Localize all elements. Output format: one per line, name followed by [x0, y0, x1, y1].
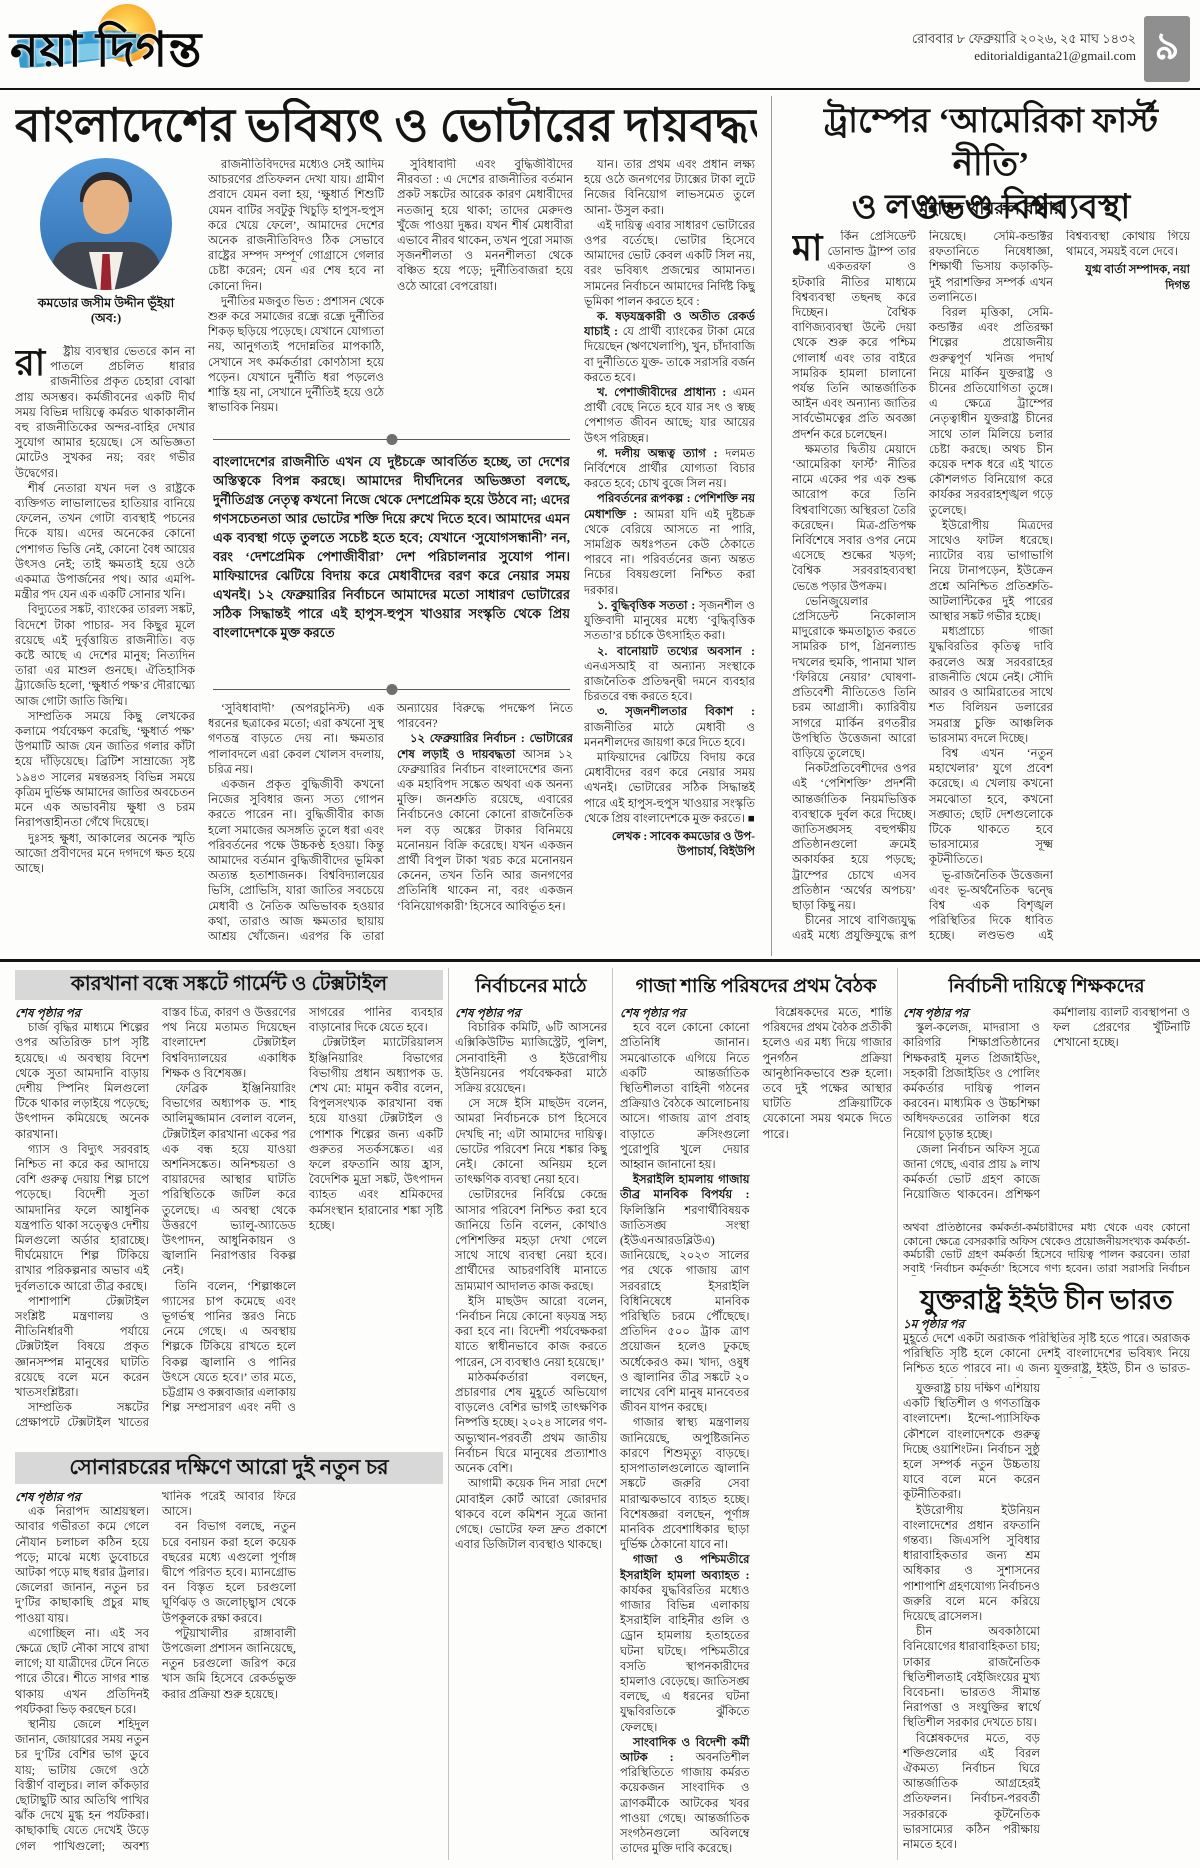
- newspaper-page: নয়া দিগন্ত রোববার ৮ ফেব্রুয়ারি ২০২৬, ২…: [0, 0, 1200, 1868]
- body-paragraph: গ. দলীয় অন্ধত্ব ত্যাগ : দলমত নির্বিশেষে…: [584, 447, 755, 493]
- run-in-subhead: ২. বানোয়াট তথ্যের অবসান :: [597, 646, 755, 658]
- body-paragraph: বন বিভাগ বলছে, নতুন চরে বনায়ন করা হলে ক…: [162, 1520, 296, 1626]
- body-paragraph: বিশ্লেষকদের মতে, বড় শক্তিগুলোর এই বিরল …: [903, 1732, 1040, 1854]
- body-paragraph: শীর্ষ নেতারা যখন দল ও রাষ্ট্রকে ব্যক্তিগ…: [15, 482, 195, 604]
- author-caption: কমডোর জসীম উদ্দীন ভূঁইয়া (অব:): [22, 296, 190, 326]
- pull-quote: বাংলাদেশের রাজনীতি এখন যে দুষ্টচক্রে আবর…: [213, 452, 570, 678]
- body-paragraph: ক্ষমতার দ্বিতীয় মেয়াদে ‘আমেরিকা ফার্স্…: [792, 443, 916, 595]
- body-paragraph: হবে বলে কোনো কোনো প্রতিনিধি জানান। সমঝোত…: [620, 1021, 750, 1173]
- body-paragraph: আগামী কয়েক দিন সারা দেশে মোবাইল কোর্ট আ…: [455, 1477, 607, 1553]
- body-paragraph: শেষ পৃষ্ঠার পর: [455, 1006, 607, 1021]
- body-paragraph: শেষ পৃষ্ঠার পর: [903, 1006, 1040, 1021]
- body-paragraph: ১. বুদ্ধিবৃত্তিক সততা : সৃজনশীল ও যুক্তি…: [584, 599, 755, 645]
- author-photo-block: কমডোর জসীম উদ্দীন ভূঁইয়া (অব:): [22, 158, 190, 326]
- quote-dot-icon: [386, 684, 397, 695]
- body-paragraph: ফেব্রিক ইঞ্জিনিয়ারিং বিভাগের অধ্যাপক ড.…: [162, 1082, 296, 1280]
- body-paragraph: এক নিরাপদ আশ্রয়স্থল। আবার গভীরতা কমে গে…: [15, 1505, 149, 1627]
- body-paragraph: ভোটারদের নির্বিঘ্নে কেন্দ্রে আসার পরিবেশ…: [455, 1188, 607, 1294]
- gaza-headline: গাজা শান্তি পরিষদের প্রথম বৈঠক: [620, 972, 892, 1004]
- body-paragraph: এগোচ্ছিল না। এই সব ক্ষেত্রে ছোট নৌকা সাথ…: [15, 1627, 149, 1718]
- body-paragraph: সাম্প্রতিক সময়ে কিছু লেখকের কলামে পর্যব…: [15, 710, 195, 832]
- photo-face: [83, 180, 129, 234]
- masthead-rule: [0, 88, 1200, 90]
- garments-body: শেষ পৃষ্ঠার পরচার্জ বৃদ্ধির মাধ্যমে শিল্…: [15, 1006, 443, 1446]
- body-paragraph: রাজনীতিবিদদের মধ্যেও সেই আদিম আচরণের প্র…: [208, 158, 384, 295]
- run-in-subhead: গ. দলীয় অন্ধত্ব ত্যাগ :: [597, 448, 725, 460]
- body-paragraph: পটুয়াখালীর রাঙ্গাবালী উপজেলা প্রশাসন জা…: [162, 1627, 296, 1703]
- lead-columns-2-3-bottom: ‘সুবিধাবাদী’ (অপরচুনিস্ট) এক ধরনের ছত্রা…: [208, 702, 573, 955]
- body-paragraph: ইউরোপীয় ইউনিয়ন বাংলাদেশের প্রধান রফতান…: [903, 1504, 1040, 1626]
- election-headline: নির্বাচনের মাঠে: [455, 972, 607, 1004]
- body-paragraph: চীন অবকাঠামো বিনিয়োগের ধারাবাহিকতা চায়…: [903, 1625, 1040, 1731]
- teachers-headline: নির্বাচনী দায়িত্বে শিক্ষকদের: [903, 972, 1190, 1004]
- body-paragraph: ভেনিজুয়েলার প্রেসিডেন্ট নিকোলাস মাদুরোক…: [792, 595, 916, 762]
- body-paragraph: রাষ্ট্রীয় ব্যবস্থার ভেতরে কান না পাতলে …: [15, 345, 195, 482]
- body-paragraph: বিশ্ব এখন ‘নতুন মহাখেলার’ যুগে প্রবেশ কর…: [929, 747, 1053, 869]
- run-in-subhead: ১. বুদ্ধিবৃত্তিক সততা :: [597, 600, 699, 612]
- gaza-body: শেষ পৃষ্ঠার পরহবে বলে কোনো কোনো প্রতিনিধ…: [620, 1006, 892, 1860]
- body-paragraph: বিদ্যুতের সঙ্কট, ব্যাংকের তারল্য সঙ্কট, …: [15, 603, 195, 709]
- body-paragraph: পরিবর্তনের রূপকল্প : পেশিশক্তি নয় মেধাশ…: [584, 492, 755, 598]
- body-paragraph: ‘সুবিধাবাদী’ (অপরচুনিস্ট) এক ধরনের ছত্রা…: [208, 702, 384, 778]
- page-number-badge: ৯: [1144, 16, 1190, 82]
- email-link[interactable]: editorialdiganta21@gmail.com: [912, 47, 1136, 64]
- body-paragraph: বিশ্লেষকদের মতে, শান্তি পরিষদের প্রথম বৈ…: [763, 1006, 893, 1143]
- run-in-subhead: ক. ষড়যন্ত্রকারী ও অতীত রেকর্ড যাচাই :: [584, 311, 755, 338]
- body-paragraph: বিরল মৃত্তিকা, সেমি-কন্ডাক্টর এবং প্রতির…: [929, 306, 1053, 519]
- body-paragraph: স্কুল-কলেজ, মাদরাসা ও কারিগরি শিক্ষাপ্রত…: [903, 1021, 1040, 1143]
- run-in-subhead: গাজা ও পশ্চিমতীরে ইসরাইলি হামলা অব্যাহত …: [620, 1554, 750, 1581]
- body-paragraph: দুঃসহ ক্ষুধা, আকালের অনেক স্মৃতি আজো প্র…: [15, 832, 195, 878]
- run-in-subhead: ১২ ফেব্রুয়ারির নির্বাচন : ভোটারের শেষ ল…: [397, 733, 573, 760]
- body-paragraph: টেক্সটাইল ম্যাটেরিয়ালস ইঞ্জিনিয়ারিং বি…: [309, 1036, 443, 1234]
- date-line: রোববার ৮ ফেব্রুয়ারি ২০২৬, ২৫ মাঘ ১৪৩২: [912, 30, 1136, 47]
- lead-headline: বাংলাদেশের ভবিষ্যৎ ও ভোটারের দায়বদ্ধতা: [15, 98, 757, 156]
- body-paragraph: গাজা ও পশ্চিমতীরে ইসরাইলি হামলা অব্যাহত …: [620, 1553, 750, 1735]
- article-divider: [771, 96, 772, 956]
- body-paragraph: গাজার স্বাস্থ্য মন্ত্রণালয় জানিয়েছে, অ…: [620, 1416, 750, 1553]
- body-paragraph: খ. পেশাজীবীদের প্রাধান্য : এমন প্রার্থী …: [584, 386, 755, 447]
- body-paragraph: দুর্নীতির মজবুত ভিত : প্রশাসন থেকে শুরু …: [208, 295, 384, 417]
- quote-dot-icon: [386, 434, 397, 445]
- election-body: শেষ পৃষ্ঠার পরবিচারিক কমিটি, ৬টি আসনের এ…: [455, 1006, 607, 1860]
- body-paragraph: ইউরোপীয় মিত্রদের সাথেও ফাটল ধরেছে। ন্যা…: [929, 519, 1053, 625]
- column-divider: [448, 968, 449, 1860]
- second-headline-line1: ট্রাম্পের ‘আমেরিকা ফার্স্ট নীতি’: [792, 100, 1190, 186]
- body-paragraph: সে সঙ্গে ইসি মাছউদ বলেন, আমরা নির্বাচনকে…: [455, 1097, 607, 1188]
- column-divider: [612, 968, 613, 1860]
- body-paragraph: চার্জ বৃদ্ধির মাধ্যমে শিল্পের ওপর অতিরিক…: [15, 1021, 149, 1143]
- body-paragraph: মাঠকর্মকর্তারা বলছেন, প্রচারণার শেষ মুহূ…: [455, 1371, 607, 1477]
- body-paragraph: মার্কিন প্রেসিডেন্ট ডোনাল্ড ট্রাম্প তার …: [792, 230, 916, 443]
- run-in-subhead: ৩. সৃজনশীলতার বিকাশ :: [597, 706, 755, 718]
- column-divider: [897, 968, 898, 1860]
- lead-column-1: রাষ্ট্রীয় ব্যবস্থার ভেতরে কান না পাতলে …: [15, 345, 195, 955]
- lead-columns-2-3-top: রাজনীতিবিদদের মধ্যেও সেই আদিম আচরণের প্র…: [208, 158, 573, 424]
- section-rule: [0, 959, 1200, 962]
- teachers-body: শেষ পৃষ্ঠার পরস্কুল-কলেজ, মাদরাসা ও কারি…: [903, 1006, 1190, 1218]
- teachers-wide-paragraph: অথবা প্রতিষ্ঠানের কর্মকর্তা-কর্মচারীদের …: [903, 1222, 1190, 1276]
- body-paragraph: শেষ পৃষ্ঠার পর: [620, 1006, 750, 1021]
- second-article-body: মার্কিন প্রেসিডেন্ট ডোনাল্ড ট্রাম্প তার …: [792, 230, 1190, 955]
- us-eu-lead-paragraph: মুহূর্তে দেশে একটা অরাজক পরিস্থিতির সৃষ্…: [903, 1332, 1190, 1378]
- body-paragraph: পাশাপাশি টেক্সটাইল সংশ্লিষ্ট মন্ত্রণালয়…: [15, 1295, 149, 1401]
- sonarchar-body: শেষ পৃষ্ঠার পরএক নিরাপদ আশ্রয়স্থল। আবার…: [15, 1490, 443, 1860]
- body-paragraph: এই দায়িত্ব এবার সাধারণ ভোটারের ওপর বর্ত…: [584, 219, 755, 310]
- body-paragraph: সুবিধাবাদী এবং বুদ্ধিজীবীদের নীরবতা : এ …: [397, 158, 573, 295]
- run-in-subhead: পরিবর্তনের রূপকল্প : পেশিশক্তি নয় মেধাশ…: [584, 493, 755, 520]
- pull-quote-rule-bottom: [213, 684, 570, 696]
- body-paragraph: ইসরাইলি হামলায় গাজায় তীব্র মানবিক বিপর…: [620, 1173, 750, 1416]
- body-paragraph: মাফিয়াদের ঝেটিয়ে বিদায় করে মেধাবীদের …: [584, 751, 755, 827]
- body-paragraph: বিচারিক কমিটি, ৬টি আসনের এক্সিকিউটিভ ম্য…: [455, 1021, 607, 1097]
- body-paragraph: যান। তার প্রথম এবং প্রধান লক্ষ্য হয়ে ওঠ…: [584, 158, 755, 219]
- drop-cap: মা: [792, 230, 827, 263]
- run-in-subhead: সাংবাদিক ও বিদেশী কর্মী আটক :: [620, 1737, 750, 1764]
- body-paragraph: শেষ পৃষ্ঠার পর: [15, 1490, 149, 1505]
- second-byline: মুহাম্মদ খায়রুল বাশার: [792, 196, 1190, 224]
- body-paragraph: শেষ পৃষ্ঠার পর: [15, 1006, 149, 1021]
- lead-column-4: যান। তার প্রথম এবং প্রধান লক্ষ্য হয়ে ওঠ…: [584, 158, 755, 955]
- body-paragraph: গ্যাস ও বিদ্যুৎ সরবরাহ নিশ্চিত না করে কর…: [15, 1143, 149, 1295]
- body-paragraph: মধ্যপ্রাচ্যে গাজা যুদ্ধবিরতির কৃতিত্ব দা…: [929, 625, 1053, 747]
- pull-quote-rule-top: [213, 434, 570, 446]
- body-paragraph: ইসি মাছউদ আরো বলেন, ‘নির্বাচন নিয়ে কোনো…: [455, 1295, 607, 1371]
- sonarchar-headline: সোনারচরের দক্ষিণে আরো দুই নতুন চর: [15, 1452, 443, 1484]
- body-paragraph: লেখক : সাবেক কমডোর ও উপ-উপাচার্য, বিইউপি: [584, 830, 755, 860]
- garments-headline: কারখানা বন্ধে সঙ্কটে গার্মেন্ট ও টেক্সটা…: [15, 970, 443, 1000]
- body-paragraph: ৩. সৃজনশীলতার বিকাশ : রাজনীতির মাঠে মেধা…: [584, 705, 755, 751]
- run-in-subhead: ইসরাইলি হামলায় গাজায় তীব্র মানবিক বিপর…: [620, 1174, 750, 1201]
- run-in-subhead: খ. পেশাজীবীদের প্রাধান্য :: [597, 387, 733, 399]
- body-paragraph: ক. ষড়যন্ত্রকারী ও অতীত রেকর্ড যাচাই : য…: [584, 310, 755, 386]
- body-paragraph: যুগ্ম বার্তা সম্পাদক, নয়া দিগন্ত: [1066, 263, 1190, 293]
- author-photo: [40, 158, 172, 290]
- body-paragraph: ২. বানোয়াট তথ্যের অবসান : এনএসআই বা অন্…: [584, 645, 755, 706]
- body-paragraph: সাংবাদিক ও বিদেশী কর্মী আটক : অবনতিশীল প…: [620, 1736, 750, 1858]
- drop-cap: রা: [15, 345, 50, 378]
- masthead-info: রোববার ৮ ফেব্রুয়ারি ২০২৬, ২৫ মাঘ ১৪৩২ e…: [912, 30, 1136, 64]
- body-paragraph: নিকটপ্রতিবেশীদের ওপর এই ‘পেশিশক্তি’ প্রদ…: [792, 762, 916, 914]
- newspaper-logo: নয়া দিগন্ত: [10, 4, 285, 84]
- body-paragraph: যুক্তরাষ্ট্র চায় দক্ষিণ এশিয়ায় একটি স…: [903, 1382, 1040, 1504]
- body-paragraph: ১২ ফেব্রুয়ারির নির্বাচন : ভোটারের শেষ ল…: [397, 732, 573, 914]
- logo-text: নয়া দিগন্ত: [10, 14, 202, 93]
- us-eu-body: যুক্তরাষ্ট্র চায় দক্ষিণ এশিয়ায় একটি স…: [903, 1382, 1190, 1860]
